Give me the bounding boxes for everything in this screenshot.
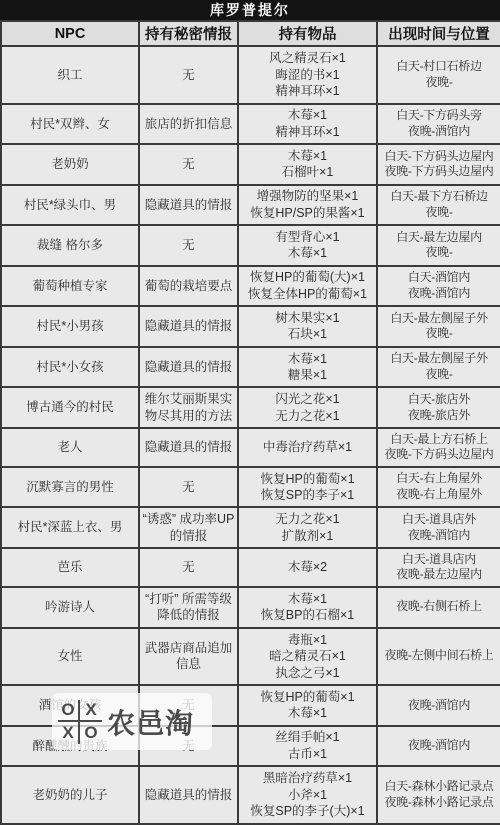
location-cell: 夜晚-左侧中间石桥上 xyxy=(377,628,500,686)
secret-info-cell: 隐藏道具的情报 xyxy=(139,185,238,226)
secret-info-cell: 维尔艾丽斯果实物尽其用的方法 xyxy=(139,387,238,428)
location-cell: 白天-道具店内夜晚-最左边屋内 xyxy=(377,548,500,587)
items-cell: 有型背心×1木莓×1 xyxy=(238,225,377,266)
location-cell: 白天-酒馆内夜晚-酒馆内 xyxy=(377,266,500,307)
location-cell: 白天-最上方石桥上夜晚-下方码头边屋内 xyxy=(377,428,500,467)
npc-name-cell: 村民*深蓝上衣、男 xyxy=(1,507,139,548)
location-cell: 白天-右上角屋外夜晚-右上角屋外 xyxy=(377,467,500,508)
secret-info-cell: 葡萄的栽培要点 xyxy=(139,266,238,307)
col-header-secret-info: 持有秘密情报 xyxy=(139,21,238,46)
npc-name-cell: 吟游诗人 xyxy=(1,587,139,628)
npc-name-cell: 博古通今的村民 xyxy=(1,387,139,428)
watermark-text: 农邑淘 xyxy=(107,702,194,742)
table-row: 村民*小女孩隐藏道具的情报木莓×1糖果×1白天-最左侧屋子外夜晚- xyxy=(1,347,500,388)
watermark: O X X O 农邑淘 xyxy=(52,693,212,750)
items-cell: 闪光之花×1无力之花×1 xyxy=(238,387,377,428)
location-cell: 白天-最左边屋内夜晚- xyxy=(377,225,500,266)
table-row: 老人隐藏道具的情报中毒治疗药草×1白天-最上方石桥上夜晚-下方码头边屋内 xyxy=(1,428,500,467)
items-cell: 树木果实×1石块×1 xyxy=(238,306,377,347)
table-row: 裁缝 格尔多无有型背心×1木莓×1白天-最左边屋内夜晚- xyxy=(1,225,500,266)
table-row: 芭乐无木莓×2白天-道具店内夜晚-最左边屋内 xyxy=(1,548,500,587)
location-cell: 白天-森林小路记录点夜晚-森林小路记录点 xyxy=(377,766,500,824)
items-cell: 丝绢手帕×1古币×1 xyxy=(238,726,377,767)
items-cell: 增强物防的坚果×1恢复HP/SP的果酱×1 xyxy=(238,185,377,226)
table-row: 村民*绿头巾、男隐藏道具的情报增强物防的坚果×1恢复HP/SP的果酱×1白天-最… xyxy=(1,185,500,226)
secret-info-cell: 隐藏道具的情报 xyxy=(139,347,238,388)
table-row: 沉默寡言的男性无恢复HP的葡萄×1恢复SP的李子×1白天-右上角屋外夜晚-右上角… xyxy=(1,467,500,508)
col-header-items: 持有物品 xyxy=(238,21,377,46)
watermark-logo-cell: X xyxy=(58,722,80,744)
items-cell: 中毒治疗药草×1 xyxy=(238,428,377,467)
table-row: 葡萄种植专家葡萄的栽培要点恢复HP的葡萄(大)×1恢复全体HP的葡萄×1白天-酒… xyxy=(1,266,500,307)
npc-name-cell: 村民*双辫、女 xyxy=(1,104,139,145)
table-row: 吟游诗人“打听” 所需等级降低的情报木莓×1恢复BP的石榴×1夜晚-右侧石桥上 xyxy=(1,587,500,628)
npc-guide-page: 库罗普提尔 NPC 持有秘密情报 持有物品 出现时间与位置 织工无风之精灵石×1… xyxy=(0,0,500,825)
location-cell: 白天-村口石桥边夜晚- xyxy=(377,46,500,104)
npc-name-cell: 织工 xyxy=(1,46,139,104)
location-cell: 白天-最左侧屋子外夜晚- xyxy=(377,347,500,388)
items-cell: 木莓×1石榴叶×1 xyxy=(238,144,377,185)
secret-info-cell: 无 xyxy=(139,225,238,266)
watermark-logo-cell: X xyxy=(80,700,102,722)
npc-name-cell: 老奶奶的儿子 xyxy=(1,766,139,824)
secret-info-cell: 武器店商品追加信息 xyxy=(139,628,238,686)
table-row: 老奶奶的儿子隐藏道具的情报黑暗治疗药草×1小斧×1恢复SP的李子(大)×1白天-… xyxy=(1,766,500,824)
npc-name-cell: 村民*小男孩 xyxy=(1,306,139,347)
table-row: 村民*深蓝上衣、男“诱惑” 成功率UP的情报无力之花×1扩散剂×1白天-道具店外… xyxy=(1,507,500,548)
secret-info-cell: 无 xyxy=(139,46,238,104)
items-cell: 木莓×1恢复BP的石榴×1 xyxy=(238,587,377,628)
table-row: 老奶奶无木莓×1石榴叶×1白天-下方码头边屋内夜晚-下方码头边屋内 xyxy=(1,144,500,185)
location-cell: 白天-下方码头边屋内夜晚-下方码头边屋内 xyxy=(377,144,500,185)
secret-info-cell: 无 xyxy=(139,467,238,508)
secret-info-cell: 无 xyxy=(139,144,238,185)
items-cell: 恢复HP的葡萄×1恢复SP的李子×1 xyxy=(238,467,377,508)
table-row: 村民*小男孩隐藏道具的情报树木果实×1石块×1白天-最左侧屋子外夜晚- xyxy=(1,306,500,347)
watermark-logo-cell: O xyxy=(80,722,102,744)
location-cell: 白天-下方码头旁夜晚-酒馆内 xyxy=(377,104,500,145)
npc-name-cell: 老奶奶 xyxy=(1,144,139,185)
secret-info-cell: 隐藏道具的情报 xyxy=(139,766,238,824)
npc-name-cell: 沉默寡言的男性 xyxy=(1,467,139,508)
watermark-logo-cell: O xyxy=(58,700,80,722)
location-cell: 夜晚-右侧石桥上 xyxy=(377,587,500,628)
items-cell: 木莓×2 xyxy=(238,548,377,587)
items-cell: 恢复HP的葡萄×1木莓×1 xyxy=(238,685,377,726)
npc-name-cell: 老人 xyxy=(1,428,139,467)
page-title: 库罗普提尔 xyxy=(0,0,500,20)
secret-info-cell: 隐藏道具的情报 xyxy=(139,428,238,467)
table-row: 织工无风之精灵石×1晦涩的书×1精神耳环×1白天-村口石桥边夜晚- xyxy=(1,46,500,104)
header-row: NPC 持有秘密情报 持有物品 出现时间与位置 xyxy=(1,21,500,46)
items-cell: 无力之花×1扩散剂×1 xyxy=(238,507,377,548)
items-cell: 木莓×1精神耳环×1 xyxy=(238,104,377,145)
items-cell: 黑暗治疗药草×1小斧×1恢复SP的李子(大)×1 xyxy=(238,766,377,824)
watermark-logo-icon: O X X O xyxy=(58,700,102,744)
table-row: 女性武器店商品追加信息毒瓶×1暗之精灵石×1执念之弓×1夜晚-左侧中间石桥上 xyxy=(1,628,500,686)
location-cell: 白天-旅店外夜晚-旅店外 xyxy=(377,387,500,428)
location-cell: 白天-最下方石桥边夜晚- xyxy=(377,185,500,226)
items-cell: 恢复HP的葡萄(大)×1恢复全体HP的葡萄×1 xyxy=(238,266,377,307)
secret-info-cell: 隐藏道具的情报 xyxy=(139,306,238,347)
npc-name-cell: 村民*小女孩 xyxy=(1,347,139,388)
location-cell: 夜晚-酒馆内 xyxy=(377,726,500,767)
items-cell: 毒瓶×1暗之精灵石×1执念之弓×1 xyxy=(238,628,377,686)
npc-name-cell: 葡萄种植专家 xyxy=(1,266,139,307)
table-row: 博古通今的村民维尔艾丽斯果实物尽其用的方法闪光之花×1无力之花×1白天-旅店外夜… xyxy=(1,387,500,428)
items-cell: 风之精灵石×1晦涩的书×1精神耳环×1 xyxy=(238,46,377,104)
location-cell: 夜晚-酒馆内 xyxy=(377,685,500,726)
col-header-time-location: 出现时间与位置 xyxy=(377,21,500,46)
npc-name-cell: 芭乐 xyxy=(1,548,139,587)
npc-name-cell: 村民*绿头巾、男 xyxy=(1,185,139,226)
location-cell: 白天-最左侧屋子外夜晚- xyxy=(377,306,500,347)
table-row: 村民*双辫、女旅店的折扣信息木莓×1精神耳环×1白天-下方码头旁夜晚-酒馆内 xyxy=(1,104,500,145)
secret-info-cell: “诱惑” 成功率UP的情报 xyxy=(139,507,238,548)
npc-name-cell: 裁缝 格尔多 xyxy=(1,225,139,266)
secret-info-cell: 旅店的折扣信息 xyxy=(139,104,238,145)
npc-name-cell: 女性 xyxy=(1,628,139,686)
secret-info-cell: 无 xyxy=(139,548,238,587)
col-header-npc: NPC xyxy=(1,21,139,46)
items-cell: 木莓×1糖果×1 xyxy=(238,347,377,388)
secret-info-cell: “打听” 所需等级降低的情报 xyxy=(139,587,238,628)
location-cell: 白天-道具店外夜晚-酒馆内 xyxy=(377,507,500,548)
